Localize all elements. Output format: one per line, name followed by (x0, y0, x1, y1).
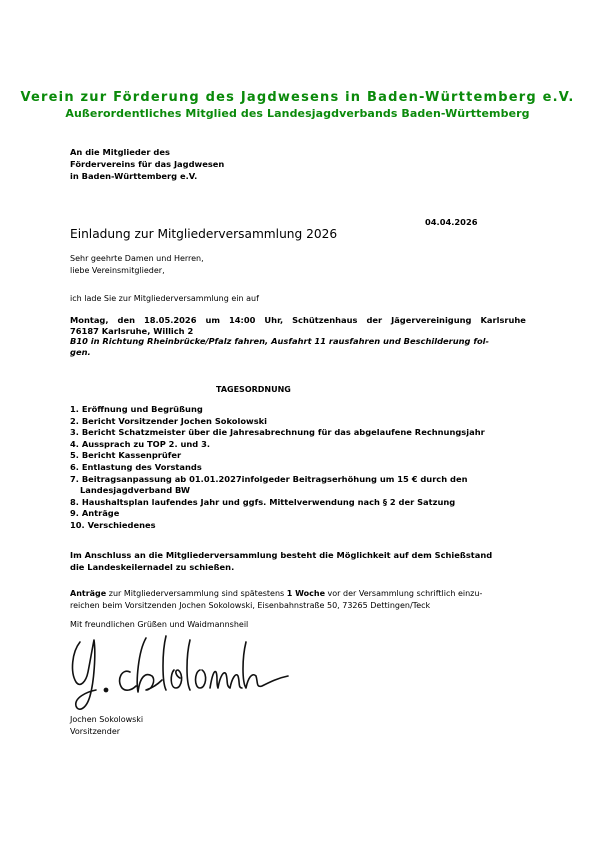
shooting-note-line: die Landeskeilernadel zu schießen. (70, 561, 492, 573)
recipient-address: An die Mitglieder des Fördervereins für … (70, 146, 224, 182)
agenda-item: 7. Beitragsanpassung ab 01.01.2027infolg… (70, 474, 485, 486)
meeting-word: um (205, 315, 220, 326)
proposals-note: Anträge zur Mitgliederversammlung sind s… (70, 588, 482, 612)
agenda-item: 3. Bericht Schatzmeister über die Jahres… (70, 427, 485, 439)
meeting-word: Montag, (70, 315, 109, 326)
meeting-word: Uhr, (264, 315, 283, 326)
intro-text: ich lade Sie zur Mitgliederversammlung e… (70, 294, 259, 303)
agenda-item: 2. Bericht Vorsitzender Jochen Sokolowsk… (70, 416, 485, 428)
closing-line: Mit freundlichen Grüßen und Waidmannshei… (70, 620, 248, 629)
meeting-date-venue: Montag,den18.05.2026um14:00Uhr,Schützenh… (70, 315, 526, 326)
agenda-item: 6. Entlastung des Vorstands (70, 462, 485, 474)
meeting-word: Schützenhaus (292, 315, 357, 326)
signer-role: Vorsitzender (70, 726, 143, 738)
letterhead-title: Verein zur Förderung des Jagdwesens in B… (0, 90, 595, 105)
agenda-item: 9. Anträge (70, 508, 485, 520)
salutation-line: liebe Vereinsmitglieder, (70, 265, 204, 277)
signer-name: Jochen Sokolowski (70, 714, 143, 726)
subject-heading: Einladung zur Mitgliederversammlung 2026 (70, 227, 337, 241)
agenda-item: 1. Eröffnung und Begrüßung (70, 404, 485, 416)
deadline-bold: 1 Woche (287, 589, 325, 598)
agenda-item: 5. Bericht Kassenprüfer (70, 450, 485, 462)
proposals-text: zur Mitgliederversammlung sind spätesten… (106, 589, 287, 598)
meeting-word: den (118, 315, 135, 326)
agenda-item: 4. Aussprach zu TOP 2. und 3. (70, 439, 485, 451)
meeting-details: Montag,den18.05.2026um14:00Uhr,Schützenh… (70, 315, 526, 357)
recipient-line: in Baden-Württemberg e.V. (70, 170, 224, 182)
agenda-heading: TAGESORDNUNG (216, 385, 291, 394)
shooting-note: Im Anschluss an die Mitgliederversammlun… (70, 549, 492, 573)
letter-date: 04.04.2026 (425, 217, 478, 227)
recipient-line: An die Mitglieder des (70, 146, 224, 158)
meeting-word: Jägervereinigung (391, 315, 471, 326)
agenda-item: 10. Verschiedenes (70, 520, 485, 532)
signature-image (66, 632, 294, 714)
meeting-word: Karlsruhe (480, 315, 525, 326)
meeting-address: 76187 Karlsruhe, Willich 2 (70, 326, 526, 337)
meeting-word: 14:00 (229, 315, 255, 326)
letterhead-subtitle: Außerordentliches Mitglied des Landesjag… (0, 107, 595, 120)
meeting-directions-cont: gen. (70, 347, 526, 358)
proposals-text: vor der Versammlung schriftlich einzu- (325, 589, 482, 598)
agenda-list: 1. Eröffnung und Begrüßung 2. Bericht Vo… (70, 404, 485, 532)
meeting-word: der (366, 315, 382, 326)
agenda-item-cont: Landesjagdverband BW (70, 485, 485, 497)
shooting-note-line: Im Anschluss an die Mitgliederversammlun… (70, 549, 492, 561)
proposals-line: reichen beim Vorsitzenden Jochen Sokolow… (70, 600, 482, 612)
proposals-line: Anträge zur Mitgliederversammlung sind s… (70, 588, 482, 600)
agenda-item: 8. Haushaltsplan laufendes Jahr und ggfs… (70, 497, 485, 509)
meeting-directions: B10 in Richtung Rheinbrücke/Pfalz fahren… (70, 336, 526, 347)
meeting-word: 18.05.2026 (144, 315, 197, 326)
recipient-line: Fördervereins für das Jagdwesen (70, 158, 224, 170)
proposals-bold: Anträge (70, 589, 106, 598)
salutation-line: Sehr geehrte Damen und Herren, (70, 253, 204, 265)
signer-block: Jochen Sokolowski Vorsitzender (70, 714, 143, 738)
salutation: Sehr geehrte Damen und Herren, liebe Ver… (70, 253, 204, 276)
